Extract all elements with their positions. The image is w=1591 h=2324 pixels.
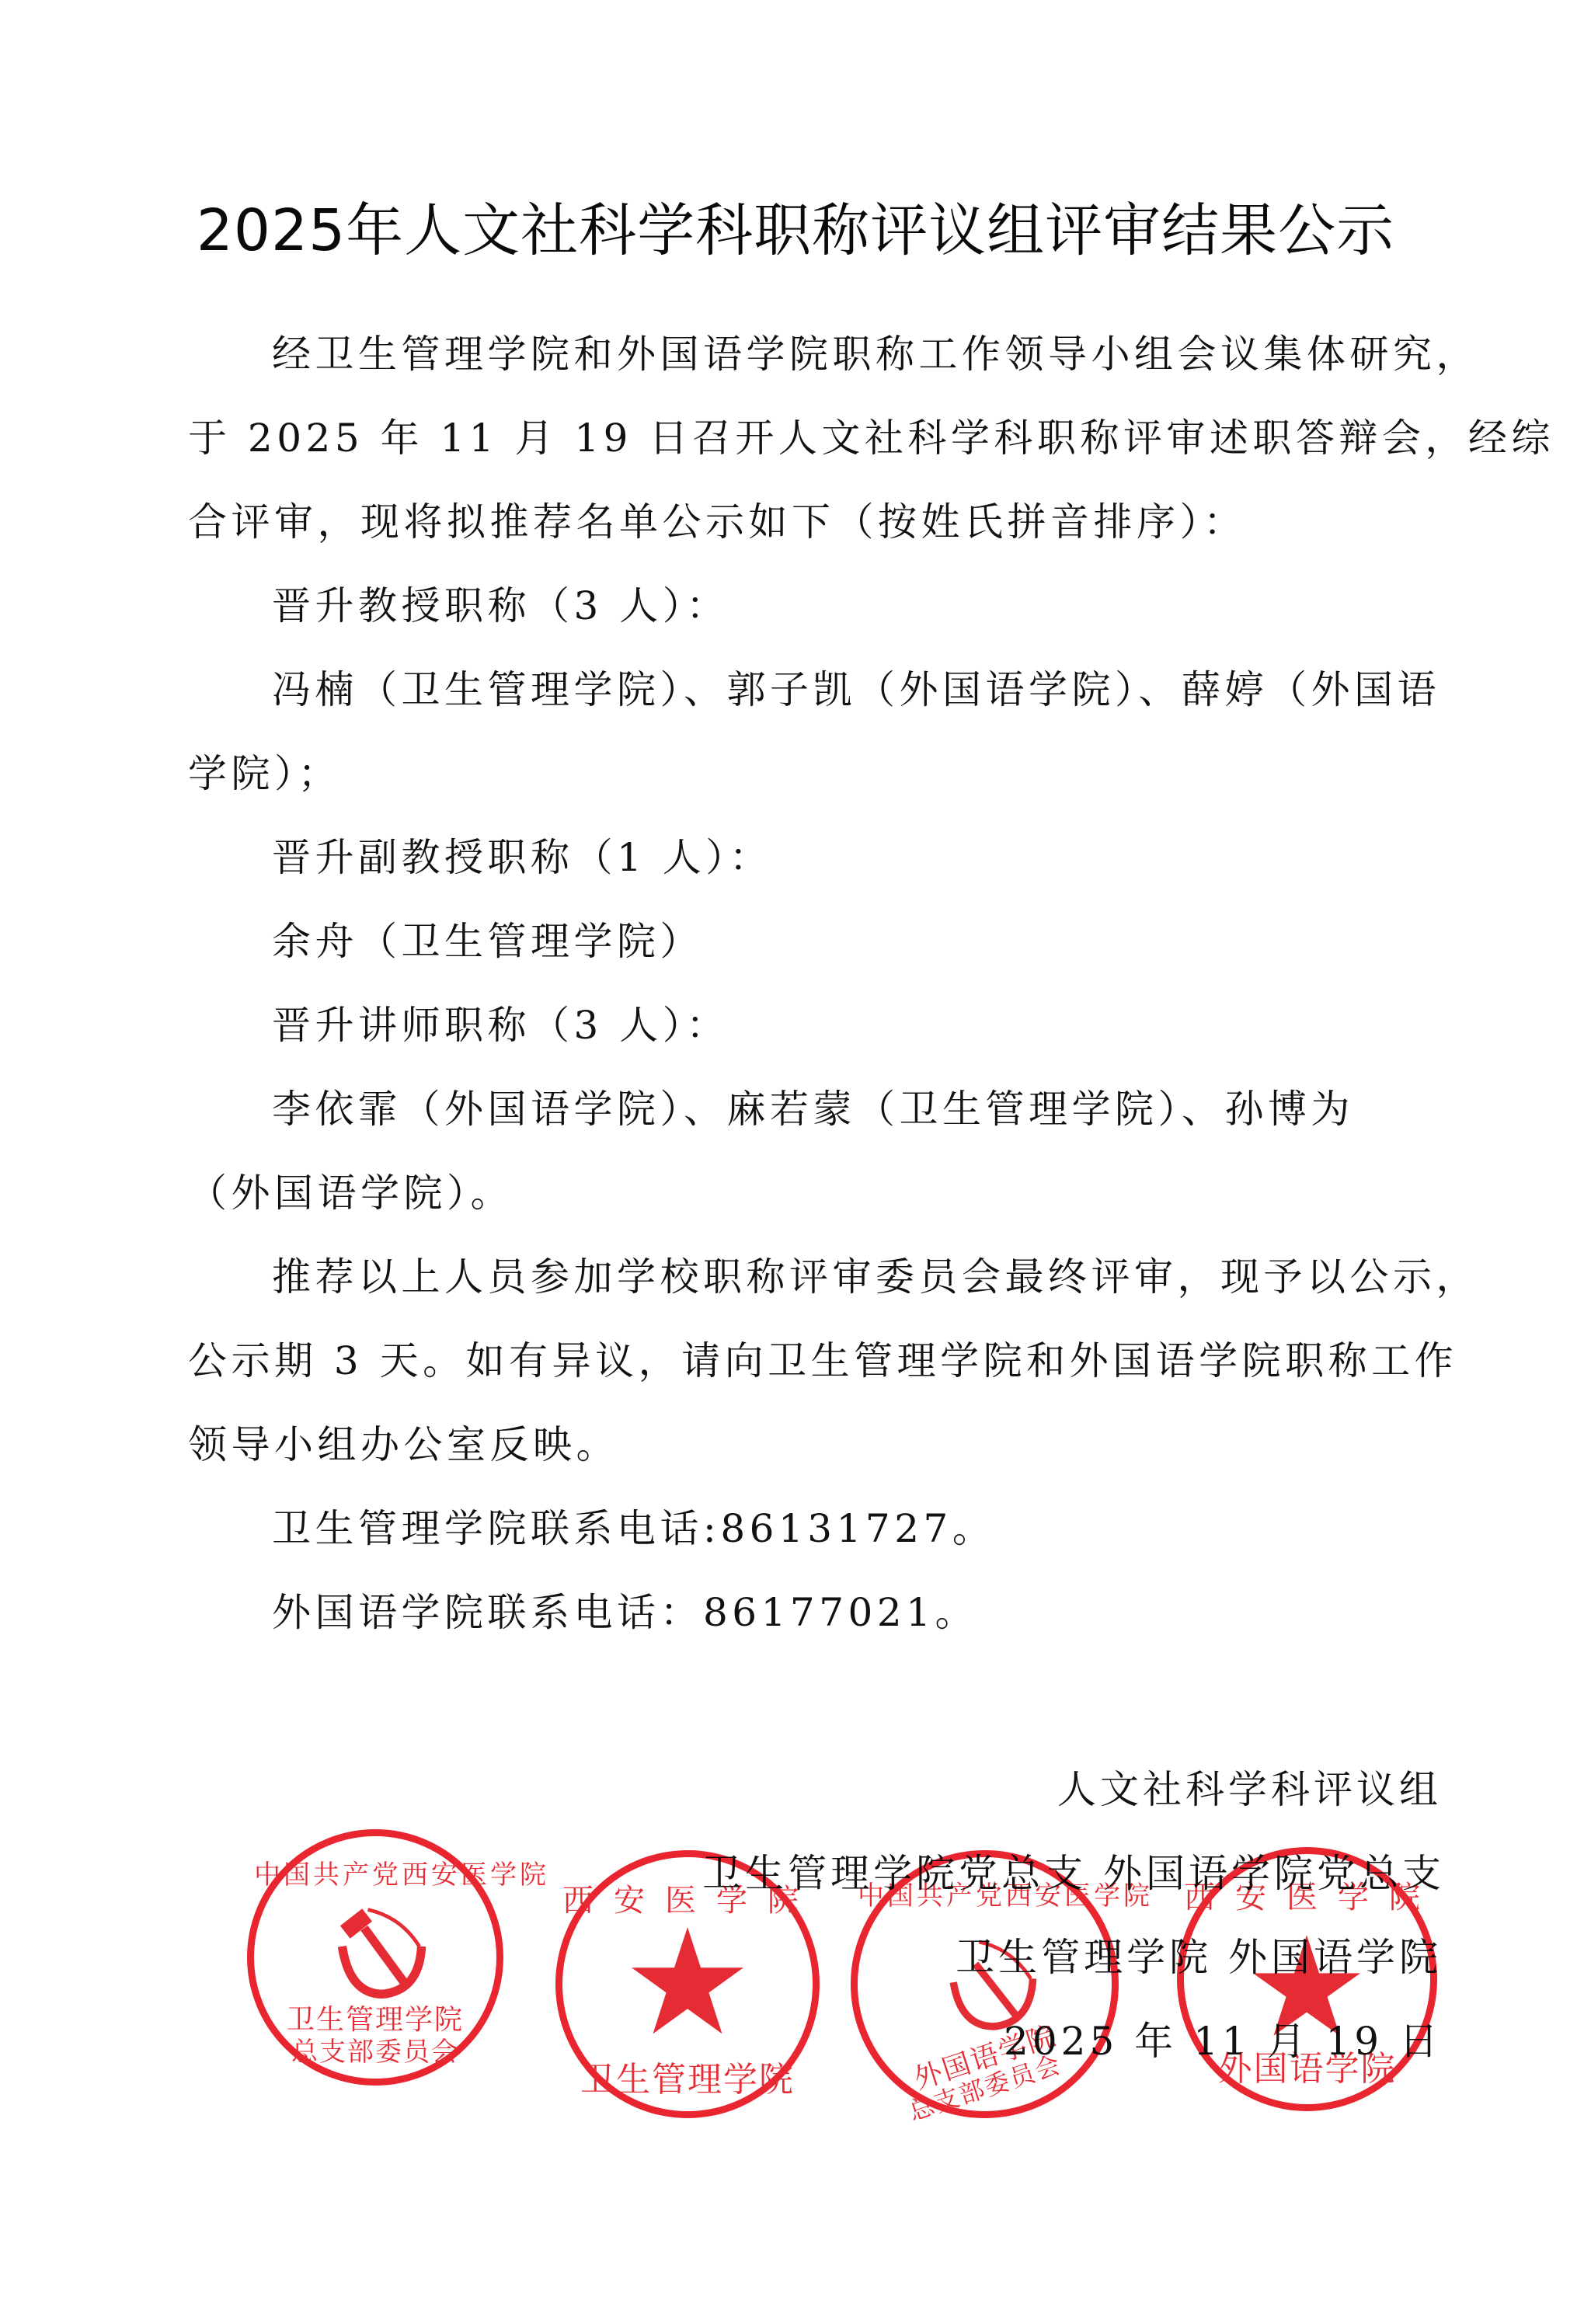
section-heading-lecturer: 晋升讲师职称（3 人）：: [272, 1000, 729, 1050]
seal-center-line-2: 总支部委员会: [254, 2030, 496, 2068]
closing-line-3: 领导小组办公室反映。: [188, 1420, 619, 1470]
seal-center-line-1: 外国语学院: [1184, 2040, 1430, 2090]
section-heading-associate-professor: 晋升副教授职称（1 人）：: [272, 833, 772, 882]
signature-group: 人文社科学科评议组: [1057, 1765, 1442, 1814]
closing-line-1: 推荐以上人员参加学校职称评审委员会最终评审，现予以公示，: [272, 1252, 1479, 1302]
professor-names-line-1: 冯楠（卫生管理学院）、郭子凯（外国语学院）、薛婷（外国语: [272, 665, 1440, 715]
official-seal-health-management: 西安医学院 卫生管理学院: [555, 1850, 820, 2118]
lecturer-names-line-2: （外国语学院）。: [188, 1168, 514, 1218]
contact-foreign-languages: 外国语学院联系电话：86177021。: [272, 1588, 978, 1637]
seal-arc-text: 中国共产党西安医学院: [254, 1853, 496, 1891]
section-heading-professor: 晋升教授职称（3 人）：: [272, 581, 729, 631]
lecturer-names-line-1: 李依霏（外国语学院）、麻若蒙（卫生管理学院）、孙博为: [272, 1084, 1354, 1134]
official-seal-party-foreign-languages: 中国共产党西安医学院 外国语学院 总支部委员会: [851, 1850, 1119, 2118]
contact-health-management: 卫生管理学院联系电话:86131727。: [272, 1504, 995, 1553]
document-title: 2025年人文社科学科职称评议组评审结果公示: [0, 196, 1591, 266]
official-seal-foreign-languages: 西安医学院 外国语学院: [1177, 1847, 1437, 2111]
document-page: 2025年人文社科学科职称评议组评审结果公示 经卫生管理学院和外国语学院职称工作…: [0, 0, 1591, 2324]
intro-line-2: 于 2025 年 11 月 19 日召开人文社科学科职称评审述职答辩会，经综: [188, 413, 1554, 463]
seal-arc-text: 西安医学院: [562, 1876, 813, 1920]
professor-names-line-2: 学院）；: [188, 749, 341, 798]
associate-professor-names: 余舟（卫生管理学院）: [272, 917, 703, 966]
intro-line-3: 合评审，现将拟推荐名单公示如下（按姓氏拼音排序）：: [188, 497, 1247, 547]
closing-line-2: 公示期 3 天。如有异议，请向卫生管理学院和外国语学院职称工作: [188, 1336, 1457, 1386]
official-seal-party-health-management: 中国共产党西安医学院 卫生管理学院 总支部委员会: [247, 1829, 503, 2086]
seal-arc-text: 中国共产党西安医学院: [858, 1874, 1112, 1912]
seal-arc-text: 西安医学院: [1184, 1873, 1430, 1917]
seal-center-line-1: 卫生管理学院: [562, 2051, 813, 2101]
intro-line-1: 经卫生管理学院和外国语学院职称工作领导小组会议集体研究，: [272, 329, 1479, 379]
